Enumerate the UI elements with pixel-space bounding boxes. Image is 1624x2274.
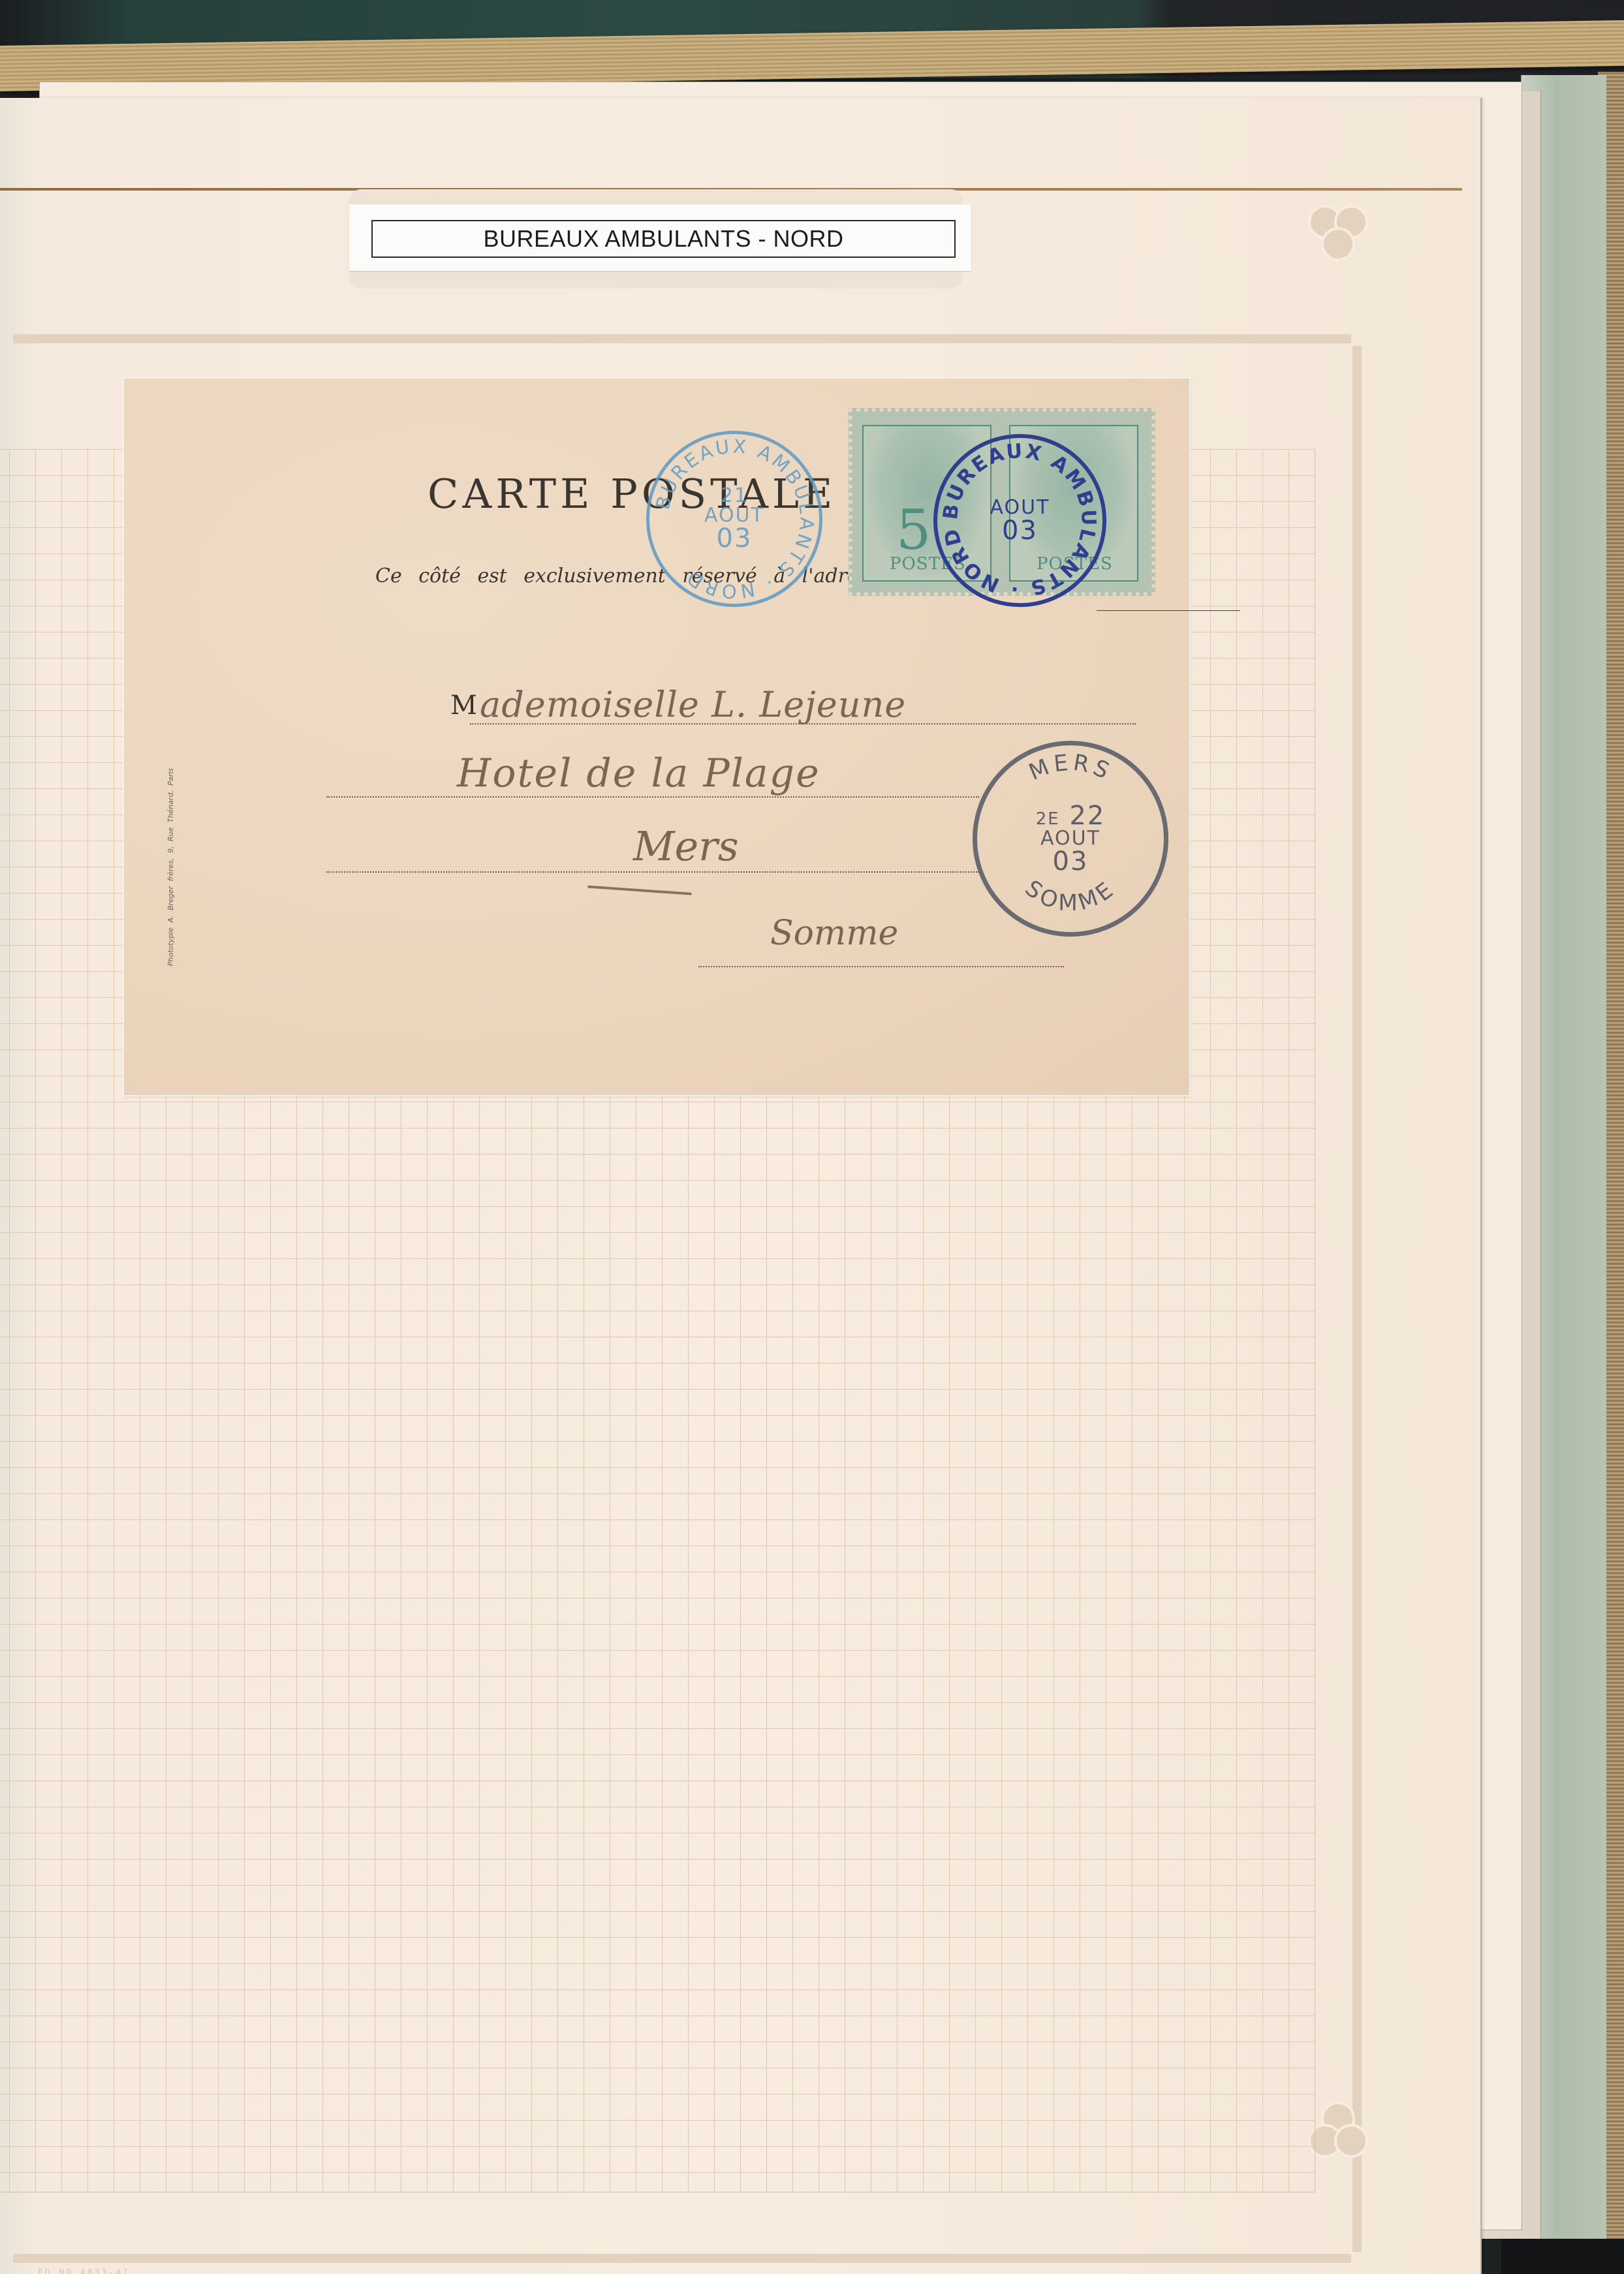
page-title: BUREAUX AMBULANTS - NORD — [371, 220, 956, 258]
address-department: Somme — [770, 914, 898, 953]
stamp-value: 5 — [896, 498, 931, 562]
ornamental-border-top — [13, 334, 1351, 343]
postmark-arrival: MERS SOMME 2E 22 AOUT 03 — [973, 741, 1168, 937]
address-line — [326, 871, 979, 873]
address-hotel: Hotel de la Plage — [457, 751, 820, 796]
address-line — [326, 796, 979, 798]
page-footer-code: ED NO 4833-47 — [38, 2268, 130, 2274]
clover-ornament-icon — [1302, 196, 1374, 268]
address-prefix: M — [450, 691, 477, 721]
postmark-stamp-cancel: BUREAUX AMBULANTS · NORD AOUT 03 — [933, 434, 1106, 607]
stamp-box-outline — [1097, 610, 1240, 611]
address-line — [698, 966, 1064, 967]
svg-text:MERS: MERS — [1025, 749, 1116, 786]
address-town: Mers — [633, 822, 739, 870]
postmark-ring-text: BUREAUX AMBULANTS · NORD — [649, 434, 819, 604]
svg-text:BUREAUX AMBULANTS · NORD: BUREAUX AMBULANTS · NORD — [939, 440, 1100, 600]
postmark-ring-text: BUREAUX AMBULANTS · NORD — [937, 438, 1102, 603]
album-shadow — [1501, 2239, 1624, 2274]
ornamental-border-right — [1352, 346, 1362, 2252]
postmark-transit-light: BUREAUX AMBULANTS · NORD 21 AOUT 03 — [646, 431, 822, 607]
svg-text:BUREAUX AMBULANTS · NORD: BUREAUX AMBULANTS · NORD — [651, 435, 819, 602]
handwritten-underline — [587, 885, 692, 895]
ornamental-border-bottom — [13, 2254, 1351, 2263]
svg-text:SOMME: SOMME — [1020, 875, 1121, 916]
printer-imprint: Phototypie A. Breger frères, 9, Rue Thén… — [166, 768, 175, 966]
address-recipient: ademoiselle L. Lejeune — [480, 684, 906, 725]
postmark-ring-text: MERS SOMME — [977, 745, 1164, 932]
postcard: CARTE POSTALE Ce côté est exclusivement … — [124, 379, 1189, 1095]
